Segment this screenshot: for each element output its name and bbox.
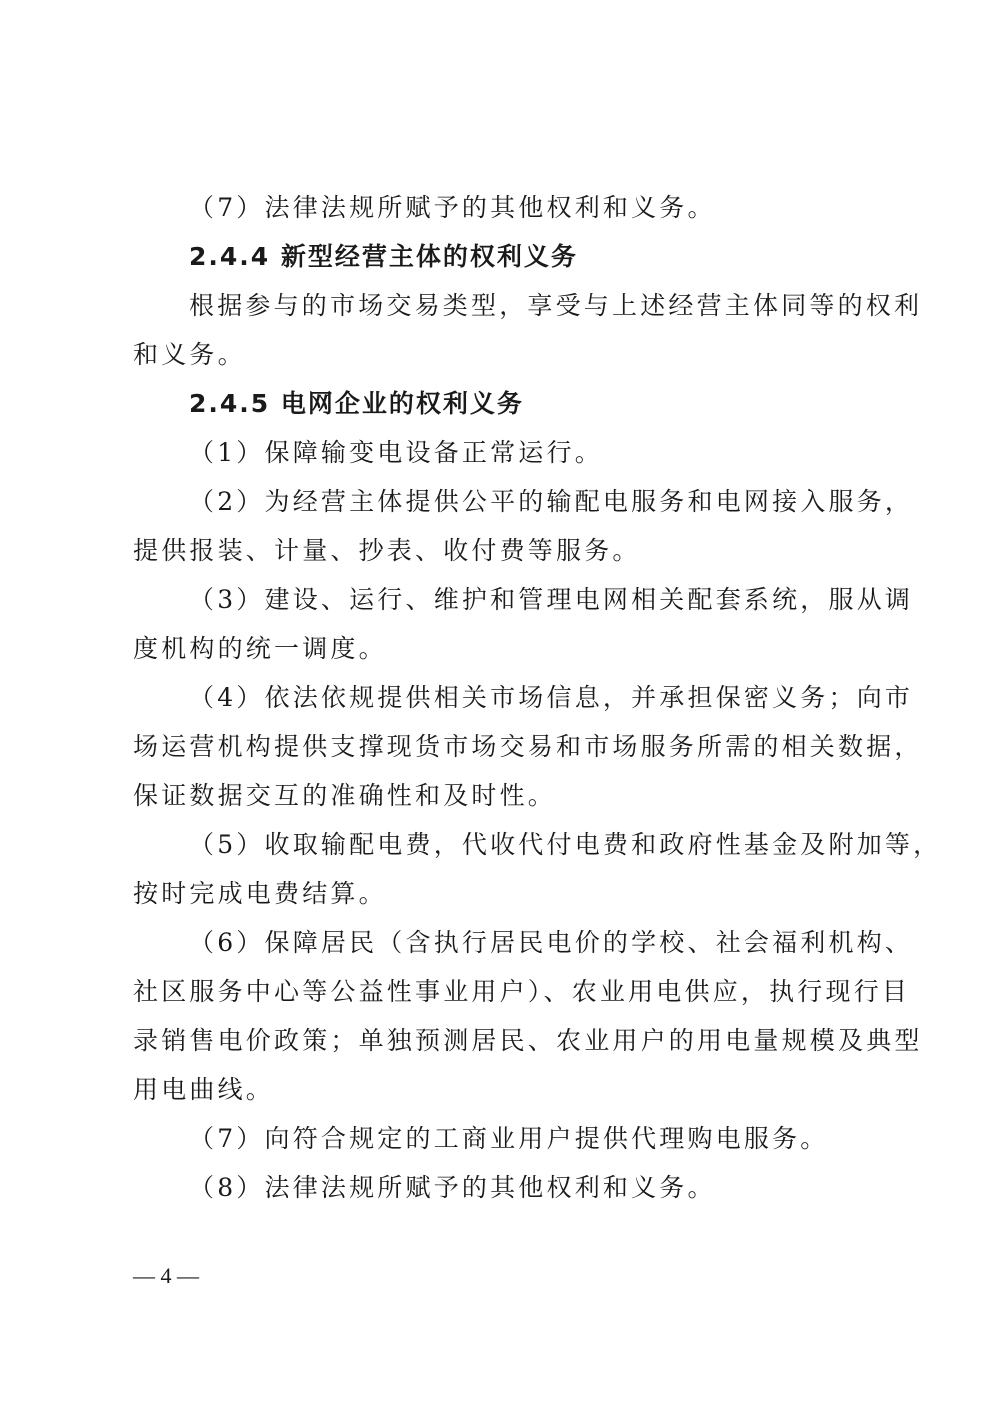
line-text: 保证数据交互的准确性和及时性。 (133, 781, 556, 810)
line-text: （1）保障输变电设备正常运行。 (189, 438, 603, 467)
line-text: （2）为经营主体提供公平的输配电服务和电网接入服务， (189, 477, 878, 526)
line-text: 度机构的统一调度。 (133, 634, 387, 663)
list-item-6-cont-3: 用电曲线。 (133, 1065, 878, 1114)
line-text: （6）保障居民（含执行居民电价的学校、社会福利机构、 (189, 918, 878, 967)
line-text: （5）收取输配电费，代收代付电费和政府性基金及附加等， (189, 820, 878, 869)
line-text: （7）法律法规所赋予的其他权利和义务。 (189, 193, 716, 222)
list-item-6-cont-2: 录销售电价政策；单独预测居民、农业用户的用电量规模及典型 (133, 1016, 878, 1065)
line-text: （8）法律法规所赋予的其他权利和义务。 (189, 1173, 716, 1202)
list-item-3-cont: 度机构的统一调度。 (133, 624, 878, 673)
list-item-4-cont-2: 保证数据交互的准确性和及时性。 (133, 771, 878, 820)
line-text: 社区服务中心等公益性事业用户）、农业用电供应，执行现行目 (133, 967, 878, 1016)
list-item-7: （7）向符合规定的工商业用户提供代理购电服务。 (133, 1114, 878, 1163)
line-text: 和义务。 (133, 340, 246, 369)
list-item-5-cont: 按时完成电费结算。 (133, 869, 878, 918)
list-item-2-cont: 提供报装、计量、抄表、收付费等服务。 (133, 526, 878, 575)
paragraph-new-entities-cont: 和义务。 (133, 330, 878, 379)
line-text: 根据参与的市场交易类型，享受与上述经营主体同等的权利 (189, 281, 878, 330)
line-text: 场运营机构提供支撑现货市场交易和市场服务所需的相关数据， (133, 722, 878, 771)
list-item-8: （8）法律法规所赋予的其他权利和义务。 (133, 1163, 878, 1212)
line-text: （4）依法依规提供相关市场信息，并承担保密义务；向市 (189, 673, 878, 722)
list-item-1: （1）保障输变电设备正常运行。 (133, 428, 878, 477)
section-heading-2-4-5: 2.4.5 电网企业的权利义务 (133, 379, 878, 428)
heading-text: 2.4.5 电网企业的权利义务 (189, 389, 524, 418)
paragraph-new-entities: 根据参与的市场交易类型，享受与上述经营主体同等的权利 (133, 281, 878, 330)
list-item-5: （5）收取输配电费，代收代付电费和政府性基金及附加等， (133, 820, 878, 869)
document-body: （7）法律法规所赋予的其他权利和义务。 2.4.4 新型经营主体的权利义务 根据… (133, 183, 878, 1212)
line-text: 按时完成电费结算。 (133, 879, 387, 908)
section-heading-2-4-4: 2.4.4 新型经营主体的权利义务 (133, 232, 878, 281)
line-text: 提供报装、计量、抄表、收付费等服务。 (133, 536, 641, 565)
line-text: （7）向符合规定的工商业用户提供代理购电服务。 (189, 1124, 829, 1153)
page-number: — 4 — (133, 1263, 199, 1289)
line-text: 录销售电价政策；单独预测居民、农业用户的用电量规模及典型 (133, 1016, 878, 1065)
list-item-7-other-rights: （7）法律法规所赋予的其他权利和义务。 (133, 183, 878, 232)
line-text: 用电曲线。 (133, 1075, 274, 1104)
line-text: （3）建设、运行、维护和管理电网相关配套系统，服从调 (189, 575, 878, 624)
list-item-6: （6）保障居民（含执行居民电价的学校、社会福利机构、 (133, 918, 878, 967)
list-item-2: （2）为经营主体提供公平的输配电服务和电网接入服务， (133, 477, 878, 526)
heading-text: 2.4.4 新型经营主体的权利义务 (189, 242, 578, 271)
list-item-3: （3）建设、运行、维护和管理电网相关配套系统，服从调 (133, 575, 878, 624)
list-item-6-cont-1: 社区服务中心等公益性事业用户）、农业用电供应，执行现行目 (133, 967, 878, 1016)
list-item-4-cont-1: 场运营机构提供支撑现货市场交易和市场服务所需的相关数据， (133, 722, 878, 771)
list-item-4: （4）依法依规提供相关市场信息，并承担保密义务；向市 (133, 673, 878, 722)
